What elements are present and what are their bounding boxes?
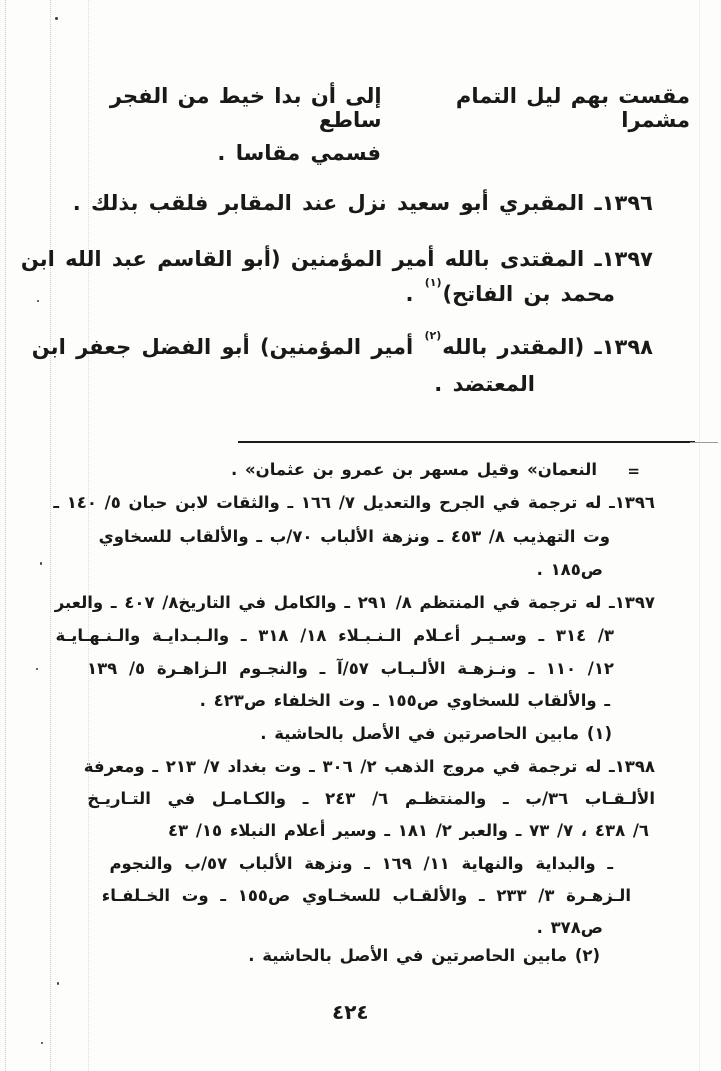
scanned-book-page: مقست بهم ليل التمام مشمرا إلى أن بدا خيط… xyxy=(0,0,721,1071)
footnote-line: ١٣٩٧ـ له ترجمة في المنتظم ٨/ ٢٩١ ـ والكا… xyxy=(55,593,655,612)
poem-continuation: فسمي مقاسا . xyxy=(217,141,381,165)
scan-speck xyxy=(55,17,58,20)
entry-1396-line1: ١٣٩٦ـ المقبري أبو سعيد نزل عند المقابر ف… xyxy=(73,191,653,215)
entry-1397-line2: محمد بن الفاتح)(١) . xyxy=(405,282,615,306)
footnote-line: ٣/ ٣١٤ ـ وسـيـر أعـلام الـنـبـلاء ١٨/ ٣١… xyxy=(56,626,614,645)
poem-hemistich-second: إلى أن بدا خيط من الفجر ساطع xyxy=(42,84,382,132)
scan-speck xyxy=(40,562,42,565)
scan-speck xyxy=(36,668,38,670)
footnote-line: (٢) مابين الحاصرتين في الأصل بالحاشية . xyxy=(248,946,600,965)
poem-hemistich-first: مقست بهم ليل التمام مشمرا xyxy=(382,84,690,132)
footnote-line: النعمان» وقيل مسهر بن عمرو بن عثمان» . xyxy=(231,460,597,479)
scan-artifact-line xyxy=(699,0,700,1071)
entry-1398-line1: ١٣٩٨ـ (المقتدر بالله(٢) أمير المؤمنين) أ… xyxy=(32,335,653,359)
entry-1398-line2: المعتضد . xyxy=(434,372,535,396)
scan-speck xyxy=(57,982,59,985)
poem-line: مقست بهم ليل التمام مشمرا إلى أن بدا خيط… xyxy=(42,84,690,132)
scan-speck xyxy=(41,1042,43,1044)
footnote-line: الـزهـرة ٣/ ٢٣٣ ـ والألقـاب للسخـاوي ص١٥… xyxy=(102,886,631,905)
page-number: ٤٢٤ xyxy=(332,1000,369,1024)
footnote-line: ـ والبداية والنهاية ١١/ ١٦٩ ـ ونزهة الأل… xyxy=(109,854,613,873)
entry-1397-line2-text: محمد بن الفاتح) xyxy=(443,282,615,306)
scan-speck xyxy=(37,300,39,302)
footnote-line: ص١٨٥ . xyxy=(537,560,603,579)
scan-artifact-line xyxy=(88,0,89,1071)
footnote-line: ١٣٩٨ـ له ترجمة في مروج الذهب ٢/ ٣٠٦ ـ وت… xyxy=(84,757,655,776)
scan-artifact-line xyxy=(50,0,51,1071)
footnote-ref-1: (١) xyxy=(424,276,443,289)
footnote-line: (١) مابين الحاصرتين في الأصل بالحاشية . xyxy=(260,724,612,743)
footnote-line: ـ والألقاب للسخاوي ص١٥٥ ـ وت الخلفاء ص٤٢… xyxy=(200,691,610,710)
footnote-separator-rule-tail xyxy=(690,442,718,443)
footnote-line: ص٣٧٨ . xyxy=(537,918,603,937)
footnote-line: وت التهذيب ٨/ ٤٥٣ ـ ونزهة الألباب ٧٠/ب ـ… xyxy=(99,527,610,546)
entry-1397-line1: ١٣٩٧ـ المقتدى بالله أمير المؤمنين (أبو ا… xyxy=(21,247,653,271)
entry-1397-line2-period: . xyxy=(405,282,423,306)
footnote-line: الألـقـاب ٣٦/ب ـ والمنتظـم ٦/ ٢٤٣ ـ والك… xyxy=(87,789,655,808)
footnote-separator-rule xyxy=(238,441,695,443)
footnote-line: ١٣٩٦ـ له ترجمة في الجرح والتعديل ٧/ ١٦٦ … xyxy=(53,493,655,512)
footnote-continuation-marker: = xyxy=(627,462,640,480)
footnote-line: ١٢/ ١١٠ ـ ونـزهـة الألـبـاب ٥٧/آ ـ والنج… xyxy=(87,659,614,678)
entry-1398-line1-start: ١٣٩٨ـ (المقتدر بالله xyxy=(442,335,653,359)
scan-artifact-line xyxy=(5,0,6,1071)
entry-1398-line1-end: أمير المؤمنين) أبو الفضل جعفر ابن xyxy=(32,335,424,359)
footnote-ref-2: (٢) xyxy=(424,329,443,342)
footnote-line: ٦/ ٤٣٨ ، ٧/ ٧٣ ـ والعبر ٢/ ١٨١ ـ وسير أع… xyxy=(168,821,649,840)
